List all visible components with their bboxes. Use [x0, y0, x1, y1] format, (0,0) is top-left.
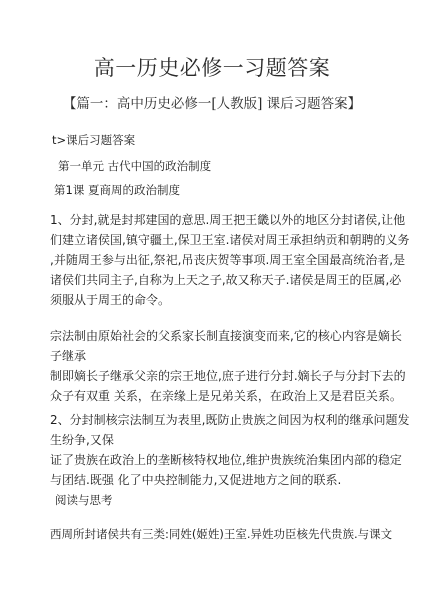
answer-1-line: ,并随周王参与出征,祭祀,吊丧庆贺等事项.周王室全国最高统治者,是: [50, 250, 380, 270]
answer-1-line: 须服从于周王的命令。: [50, 290, 380, 310]
document-title: 高一历史必修一习题答案: [0, 52, 424, 82]
answer-2-paragraph: 2、分封制核宗法制互为表里,既防止贵族之间因为权利的继承问题发 生纷争,又保 证…: [50, 410, 380, 490]
zongfa-paragraph: 宗法制由原始社会的父系家长制直接演变而来,它的核心内容是嫡长 子继承 制即嫡长子…: [50, 326, 380, 406]
document-subtitle: 【篇一：高中历史必修一[人教版] 课后习题答案】: [0, 92, 424, 112]
answer-1-paragraph: 1、分封,就是封邦建国的意思.周王把王畿以外的地区分封诸侯,让他 们建立诸侯国,…: [50, 210, 380, 310]
answer-2-line: 证了贵族在政治上的垄断核特权地位,维护贵族统治集团内部的稳定: [50, 450, 380, 470]
zongfa-line: 子继承: [50, 346, 380, 366]
answer-2-line: 生纷争,又保: [50, 430, 380, 450]
section-label: t>课后习题答案: [52, 132, 135, 148]
unit-heading: 第一单元 古代中国的政治制度: [58, 158, 211, 174]
answer-1-line: 1、分封,就是封邦建国的意思.周王把王畿以外的地区分封诸侯,让他: [50, 210, 380, 230]
reading-text: 西周所封诸侯共有三类:同姓(姬姓)王室.异姓功臣核先代贵族.与课文: [50, 526, 392, 542]
answer-1-line: 们建立诸侯国,镇守疆土,保卫王室.诸侯对周王承担纳贡和朝聘的义务: [50, 230, 380, 250]
answer-1-line: 诸侯们共同主子,自称为上天之子,故又称天子.诸侯是周王的臣属,必: [50, 270, 380, 290]
document-page: 高一历史必修一习题答案 【篇一：高中历史必修一[人教版] 课后习题答案】 t>课…: [0, 0, 424, 600]
answer-2-line: 与团结.既强 化了中央控制能力,又促进地方之间的联系.: [50, 470, 380, 490]
reading-heading: 阅读与思考: [55, 492, 113, 508]
answer-2-line: 2、分封制核宗法制互为表里,既防止贵族之间因为权利的继承问题发: [50, 410, 380, 430]
zongfa-line: 宗法制由原始社会的父系家长制直接演变而来,它的核心内容是嫡长: [50, 326, 380, 346]
lesson-heading: 第1课 夏商周的政治制度: [54, 182, 180, 198]
zongfa-line: 众子有双重 关系，在亲缘上是兄弟关系，在政治上又是君臣关系。: [50, 386, 380, 406]
zongfa-line: 制即嫡长子继承父亲的宗王地位,庶子进行分封.嫡长子与分封下去的: [50, 366, 380, 386]
